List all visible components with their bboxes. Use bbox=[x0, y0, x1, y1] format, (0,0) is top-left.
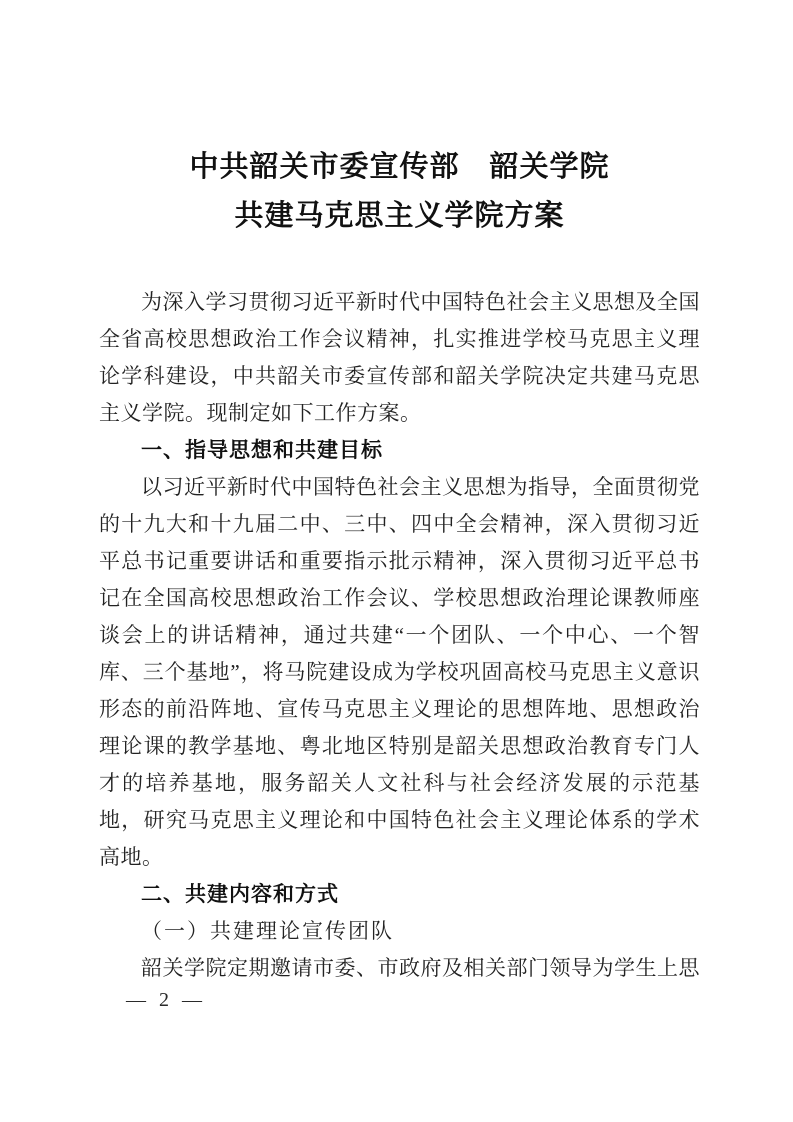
paragraph-guiding-thought: 以习近平新时代中国特色社会主义思想为指导，全面贯彻党的十九大和十九届二中、三中、… bbox=[99, 469, 700, 876]
subsection-heading-1: （一）共建理论宣传团队 bbox=[99, 913, 700, 950]
section-heading-1: 一、指导思想和共建目标 bbox=[99, 432, 700, 469]
document-content: 中共韶关市委宣传部 韶关学院 共建马克思主义学院方案 为深入学习贯彻习近平新时代… bbox=[99, 143, 700, 987]
paragraph-propaganda-team: 韶关学院定期邀请市委、市政府及相关部门领导为学生上思 bbox=[99, 950, 700, 987]
paragraph-intro: 为深入学习贯彻习近平新时代中国特色社会主义思想及全国全省高校思想政治工作会议精神… bbox=[99, 284, 700, 432]
page-number: — 2 — bbox=[126, 989, 206, 1012]
section-heading-2: 二、共建内容和方式 bbox=[99, 876, 700, 913]
document-title: 中共韶关市委宣传部 韶关学院 共建马克思主义学院方案 bbox=[99, 143, 700, 241]
document-title-line-1: 中共韶关市委宣传部 韶关学院 bbox=[99, 143, 700, 192]
document-title-line-2: 共建马克思主义学院方案 bbox=[99, 192, 700, 241]
document-page: 中共韶关市委宣传部 韶关学院 共建马克思主义学院方案 为深入学习贯彻习近平新时代… bbox=[0, 0, 793, 1122]
